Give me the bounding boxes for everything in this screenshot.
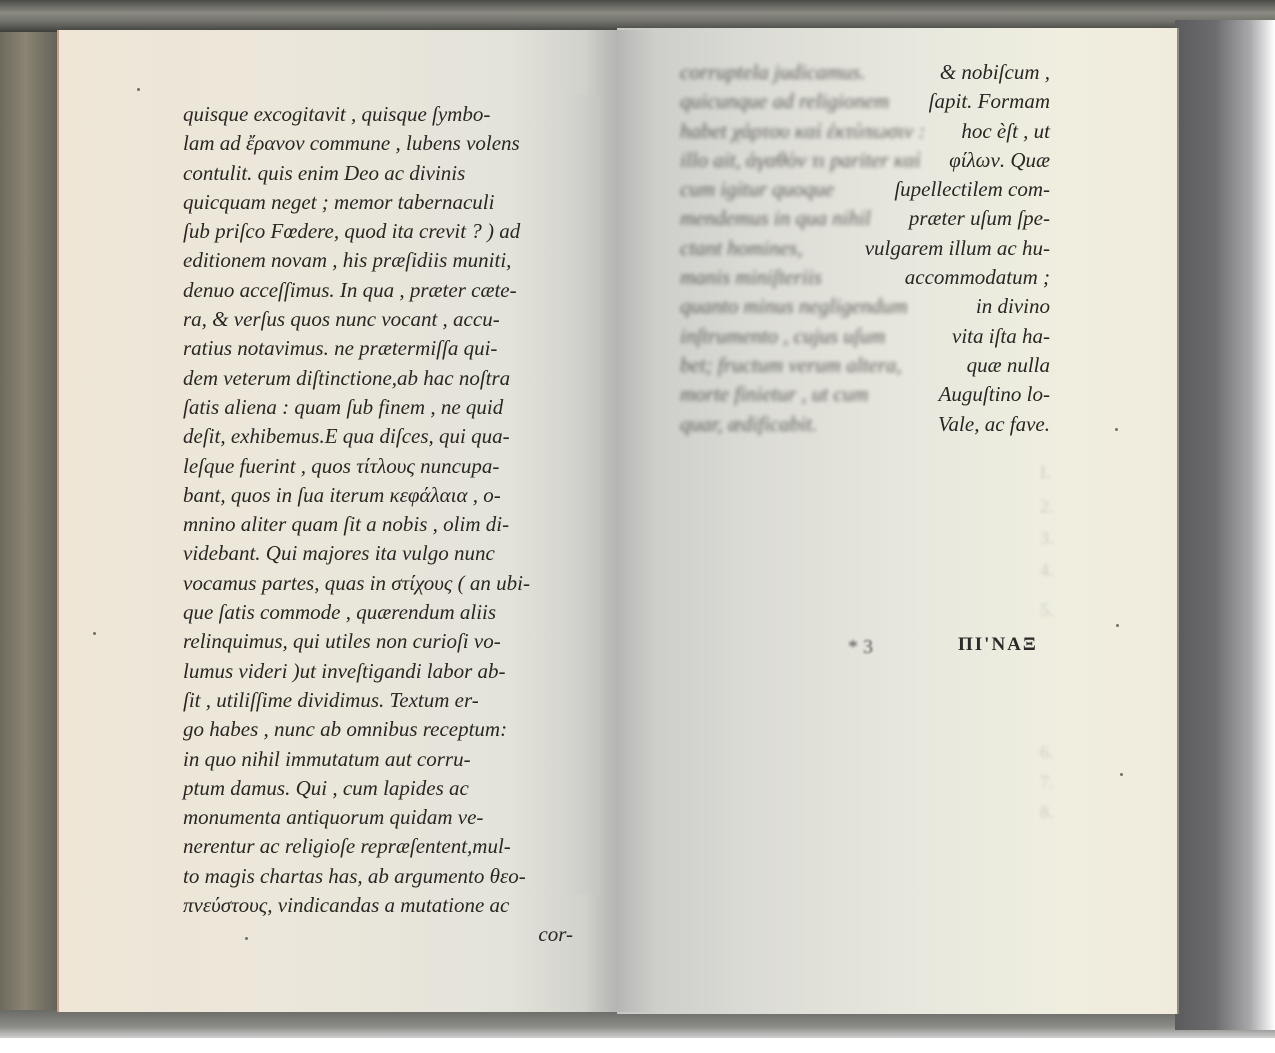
text-line: editionem novam , his præſidiis muniti, <box>183 246 573 275</box>
text-line: quanto minus negligendumin divino <box>680 292 1050 321</box>
text-line: ctant homines,vulgarem illum ac hu- <box>680 234 1050 263</box>
text-line: denuo acceſſimus. In qua , præter cæte- <box>183 276 573 305</box>
speck <box>93 632 96 635</box>
text-line: quisque excogitavit , quisque ſymbo- <box>183 100 573 129</box>
text-line: in quo nihil immutatum aut corru- <box>183 745 573 774</box>
text-line: ſub priſco Fœdere, quod ita crevit ? ) a… <box>183 217 573 246</box>
text-line: mendemus in qua nihilpræter uſum ſpe- <box>680 204 1050 233</box>
text-line: deſit, exhibemus.E qua diſces, qui qua- <box>183 422 573 451</box>
text-line: quicquam neget ; memor tabernaculi <box>183 188 573 217</box>
text-line: go habes , nunc ab omnibus receptum: <box>183 715 573 744</box>
speck <box>1115 428 1118 431</box>
text-line: bet; fructum verum altera,quæ nulla <box>680 351 1050 380</box>
signature-mark: * 3 <box>848 636 873 659</box>
text-line: cum igitur quoqueſupellectilem com- <box>680 175 1050 204</box>
text-line: nerentur ac religioſe repræſentent,mul- <box>183 832 573 861</box>
catchword: cor- <box>183 920 573 949</box>
text-line: contulit. quis enim Deo ac divinis <box>183 159 573 188</box>
catchword-greek: ΠΙ'ΝΑΞ <box>958 634 1038 656</box>
text-line: vocamus partes, quas in στίχους ( an ubi… <box>183 569 573 598</box>
text-line: habet χάρτου καὶ ἐκτύπωσιν :hoc èſt , ut <box>680 117 1050 146</box>
speck <box>1120 773 1123 776</box>
text-line: inſtrumento , cujus uſumvita iſta ha- <box>680 322 1050 351</box>
text-line: ſit , utiliſſime dividimus. Textum er- <box>183 686 573 715</box>
text-line: ſatis aliena : quam ſub finem , ne quid <box>183 393 573 422</box>
speck <box>1116 624 1119 627</box>
cover-bottom-edge <box>0 1010 1275 1038</box>
text-line: que ſatis commode , quærendum aliis <box>183 598 573 627</box>
text-line: dem veterum diſtinctione,ab hac noſtra <box>183 364 573 393</box>
text-line: ptum damus. Qui , cum lapides ac <box>183 774 573 803</box>
text-line: illo ait, ἀγαθὸν τι pariter καὶφίλων. Qu… <box>680 146 1050 175</box>
right-edge-shadow <box>1175 20 1275 1030</box>
text-line: videbant. Qui majores ita vulgo nunc <box>183 539 573 568</box>
text-line: monumenta antiquorum quidam ve- <box>183 803 573 832</box>
speck <box>137 88 140 91</box>
text-line: quicunque ad religionemſapit. Formam <box>680 87 1050 116</box>
text-line: leſque fuerint , quos τίτλους nuncupa- <box>183 452 573 481</box>
left-page-text: quisque excogitavit , quisque ſymbo- lam… <box>183 100 573 950</box>
text-line: corruptela judicamus.& nobiſcum , <box>680 58 1050 87</box>
text-line: manis miniſteriisaccommodatum ; <box>680 263 1050 292</box>
text-line: relinquimus, qui utiles non curioſi vo- <box>183 627 573 656</box>
text-line: lumus videri )ut inveſtigandi labor ab- <box>183 657 573 686</box>
text-line: to magis chartas has, ab argumento θεο- <box>183 862 573 891</box>
right-page-text: corruptela judicamus.& nobiſcum , quicun… <box>680 58 1050 439</box>
gutter-fade <box>560 95 600 895</box>
speck <box>245 937 248 940</box>
text-line: quar, ædificabit.Vale, ac fave. <box>680 410 1050 439</box>
text-line: lam ad ἔρανον commune , lubens volens <box>183 129 573 158</box>
text-line: morte finietur , ut cumAuguſtino lo- <box>680 380 1050 409</box>
text-line: bant, quos in ſua iterum κεφάλαια , o- <box>183 481 573 510</box>
text-line: ra, & verſus quos nunc vocant , accu- <box>183 305 573 334</box>
text-line: ratius notavimus. ne prætermiſſa qui- <box>183 334 573 363</box>
text-line: πνεύστους, vindicandas a mutatione ac <box>183 891 573 920</box>
text-line: mnino aliter quam ſit a nobis , olim di- <box>183 510 573 539</box>
